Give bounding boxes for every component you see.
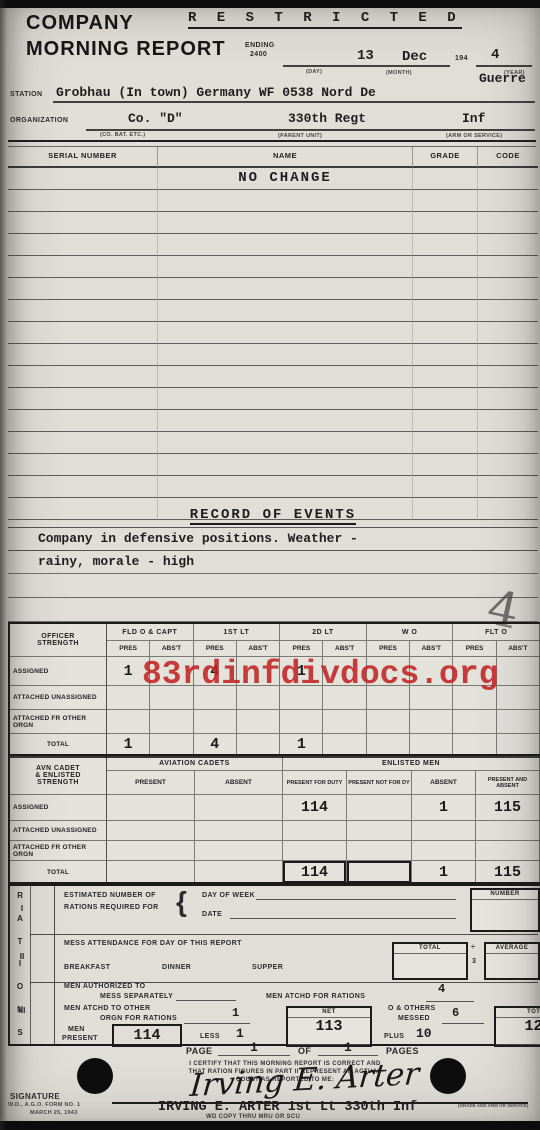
vertical-letter: O — [17, 982, 23, 991]
row-label-attached-fr-other: ATTACHED FR OTHER ORGN — [10, 710, 107, 734]
men-present-line1: MEN — [68, 1026, 85, 1033]
roster-blank-row — [8, 454, 538, 476]
pages-label: PAGES — [386, 1046, 419, 1056]
roster-blank-row — [8, 344, 538, 366]
events-blank-line — [8, 574, 538, 598]
row-label-total: TOTAL — [10, 861, 107, 884]
officer-cell — [453, 734, 496, 756]
part-i-numeral: I — [10, 904, 34, 913]
officer-cell — [367, 710, 410, 734]
station-label: STATION — [10, 91, 42, 98]
col-em-present-for-duty: PRESENT FOR DUTY — [283, 771, 347, 795]
corner-text: & ENLISTED — [35, 772, 81, 779]
enlisted-cell — [107, 861, 195, 884]
average-box-label: AVERAGE — [486, 944, 538, 954]
officer-cell — [453, 710, 496, 734]
organization-label: ORGANIZATION — [10, 117, 68, 124]
officer-cell — [150, 734, 193, 756]
enlisted-cell — [107, 821, 195, 841]
enlisted-cell — [107, 841, 195, 861]
org-sublabel-arm: (ARM OR SERVICE) — [446, 133, 502, 139]
officer-cell — [497, 710, 540, 734]
punch-hole-left — [77, 1058, 113, 1094]
row-label-attached-unassigned: ATTACHED UNASSIGNED — [10, 821, 107, 841]
sub-abst: ABS'T — [150, 641, 193, 657]
roster-blank-row — [8, 322, 538, 344]
roster-blank-row — [8, 410, 538, 432]
officer-cell — [237, 710, 280, 734]
personnel-roster-table: SERIAL NUMBER NAME GRADE CODE NO CHANGE — [8, 146, 538, 520]
enlisted-cell — [283, 821, 347, 841]
enlisted-cell — [476, 821, 540, 841]
roster-header-row: SERIAL NUMBER NAME GRADE CODE — [8, 146, 538, 168]
group-2d-lt: 2D LT — [280, 624, 367, 641]
roster-blank-row — [8, 300, 538, 322]
org-sublabel-parent: (PARENT UNIT) — [278, 133, 322, 139]
sub-abst: ABS'T — [323, 641, 366, 657]
enlisted-cell — [195, 841, 283, 861]
group-1st-lt: 1ST LT — [194, 624, 281, 641]
divide-symbol: ÷ — [471, 944, 475, 951]
roster-entry-row: NO CHANGE — [8, 168, 538, 190]
plus-label: PLUS — [384, 1033, 404, 1040]
atchd-other-underline — [184, 1014, 250, 1024]
sub-abst: ABS'T — [410, 641, 453, 657]
ending-time: 2400 — [250, 51, 267, 58]
page-label: PAGE — [186, 1046, 212, 1056]
sub-pres: PRES — [367, 641, 410, 657]
col-name: NAME — [158, 146, 413, 168]
enlisted-cell: 1 — [412, 795, 476, 821]
page-number: 1 — [250, 1040, 258, 1055]
signature-label: SIGNATURE — [10, 1092, 60, 1101]
row-label-total: TOTAL — [10, 734, 107, 756]
col-ac-absent: ABSENT — [195, 771, 283, 795]
row-label-attached-fr-other: ATTACHED FR OTHER ORGN — [10, 841, 107, 861]
vertical-letter: T — [18, 937, 23, 946]
corner-text: STRENGTH — [37, 779, 79, 786]
form-number-line1: W.D., A.G.O. FORM NO. 1 — [8, 1102, 80, 1108]
plus-value: 10 — [416, 1026, 432, 1041]
enlisted-cell — [283, 841, 347, 861]
officer-cell — [410, 710, 453, 734]
date-blank — [230, 909, 456, 919]
no-change-entry: NO CHANGE — [158, 168, 413, 190]
roster-blank-row — [8, 278, 538, 300]
officer-cell — [323, 710, 366, 734]
date-day-value: 13 — [357, 48, 374, 64]
date-month-value: Dec — [402, 49, 427, 65]
mess-separately-blank — [176, 991, 236, 1001]
day-sublabel: (DAY) — [306, 69, 322, 75]
number-box: NUMBER — [470, 888, 540, 932]
typed-signature-name: IRVING E. ARTER 1st Lt 330th Inf — [158, 1100, 417, 1115]
roster-blank-row — [8, 432, 538, 454]
officer-cell — [280, 710, 323, 734]
net-box: NET 113 — [286, 1006, 372, 1047]
mess-total-box: TOTAL — [392, 942, 468, 980]
men-authorized-line: MEN AUTHORIZED TO — [64, 983, 145, 990]
vertical-letter: A — [17, 914, 23, 923]
col-serial-number: SERIAL NUMBER — [8, 146, 158, 168]
group-flt-o: FLT O — [453, 624, 540, 641]
corner-text: OFFICER — [41, 633, 75, 640]
enlisted-cell: 114 — [283, 795, 347, 821]
group-aviation-cadets: AVIATION CADETS — [107, 756, 283, 771]
o-and-others-label: O & OTHERS — [388, 1005, 436, 1012]
dinner-label: DINNER — [162, 964, 191, 971]
enlisted-cell — [195, 821, 283, 841]
officer-cell — [497, 686, 540, 710]
day-of-week-label: DAY OF WEEK — [202, 892, 255, 899]
divisor-value: 3 — [472, 958, 476, 965]
col-em-present-not-for-dy: PRESENT NOT FOR DY — [347, 771, 412, 795]
men-atchd-other-line1: MEN ATCHD TO OTHER — [64, 1005, 150, 1012]
organization-arm-value: Inf — [462, 111, 485, 126]
sub-pres: PRES — [453, 641, 496, 657]
date-label: DATE — [202, 911, 222, 918]
sub-pres: PRES — [107, 641, 150, 657]
net-box-value: 113 — [288, 1018, 370, 1035]
supper-label: SUPPER — [252, 964, 283, 971]
row-label-assigned: ASSIGNED — [10, 795, 107, 821]
rations-part-i: ESTIMATED NUMBER OF RATIONS REQUIRED FOR… — [54, 884, 538, 934]
men-present-box: 114 — [112, 1024, 182, 1047]
organization-company-value: Co. "D" — [128, 111, 183, 126]
col-grade: GRADE — [413, 146, 478, 168]
sub-pres: PRES — [194, 641, 237, 657]
brace-glyph: { — [176, 886, 187, 918]
roster-blank-row — [8, 476, 538, 498]
officer-table-corner: OFFICER STRENGTH — [10, 624, 107, 657]
pages-number: 1 — [344, 1040, 352, 1055]
men-atchd-other-line2: ORGN FOR RATIONS — [100, 1015, 177, 1022]
organization-parent-value: 330th Regt — [288, 111, 366, 126]
rations-section: R A T I O N S I II III ESTIMATED NUMBER … — [8, 882, 540, 1046]
estimated-rations-line2: RATIONS REQUIRED FOR — [64, 904, 159, 911]
vertical-letter: S — [17, 1028, 22, 1037]
enlisted-cell — [412, 841, 476, 861]
average-box: AVERAGE — [484, 942, 540, 980]
number-box-label: NUMBER — [472, 890, 538, 900]
vertical-letter: R — [17, 891, 23, 900]
roster-blank-row — [8, 190, 538, 212]
enlisted-cell — [347, 795, 412, 821]
part-ii-numeral: II — [10, 952, 34, 961]
year-prefix: 194 — [455, 55, 468, 62]
events-text-line2: rainy, morale - high — [8, 551, 538, 574]
enlisted-cell: 114 — [283, 861, 347, 884]
grand-total-label: TOTAL — [496, 1008, 540, 1018]
breakfast-label: BREAKFAST — [64, 964, 110, 971]
officer-cell: 4 — [194, 734, 237, 756]
officer-cell — [150, 710, 193, 734]
group-fldo-capt: FLD O & CAPT — [107, 624, 194, 641]
net-box-label: NET — [288, 1008, 370, 1018]
row-label-assigned: ASSIGNED — [10, 657, 107, 686]
row-label-attached-unassigned: ATTACHED UNASSIGNED — [10, 686, 107, 710]
station-value: Grobhau (In town) Germany WF 0538 Nord D… — [56, 85, 376, 100]
col-code: CODE — [478, 146, 538, 168]
roster-blank-row — [8, 234, 538, 256]
scan-edge-top — [0, 0, 540, 8]
wd-copy-note: WD COPY THRU MRU OR SCU — [206, 1114, 300, 1120]
ending-label: ENDING — [245, 42, 275, 49]
enlisted-cell — [476, 841, 540, 861]
month-sublabel: (MONTH) — [386, 70, 412, 76]
less-value: 1 — [236, 1026, 244, 1041]
rations-part-iii: MEN AUTHORIZED TO MESS SEPARATELY MEN AT… — [54, 982, 538, 1044]
roster-blank-row — [8, 388, 538, 410]
scan-edge-left — [0, 0, 7, 1130]
org-sublabel-unit: (CO. BAT. ETC.) — [100, 132, 145, 138]
classification-stamp: R E S T R I C T E D — [188, 10, 462, 29]
record-of-events-header: RECORD OF EVENTS — [8, 505, 538, 528]
scan-edge-bottom — [0, 1121, 540, 1130]
enlisted-cell — [412, 821, 476, 841]
group-wo: W O — [367, 624, 454, 641]
sub-pres: PRES — [280, 641, 323, 657]
enlisted-cell: 115 — [476, 861, 540, 884]
form-title-line1: COMPANY — [26, 12, 134, 35]
enlisted-cell — [347, 861, 412, 884]
enlisted-cell — [195, 861, 283, 884]
men-present-value: 114 — [133, 1027, 160, 1044]
grade-sublabel: (GRADE AND ARM OR SERVICE) — [458, 1103, 528, 1108]
total-box-label: TOTAL — [394, 944, 466, 954]
col-em-absent: ABSENT — [412, 771, 476, 795]
col-ac-present: PRESENT — [107, 771, 195, 795]
roster-blank-row — [8, 212, 538, 234]
estimated-rations-line1: ESTIMATED NUMBER OF — [64, 892, 156, 899]
corner-text: STRENGTH — [37, 640, 79, 647]
officer-cell: 1 — [280, 734, 323, 756]
enlisted-cell — [107, 795, 195, 821]
events-text-line1: Company in defensive positions. Weather … — [8, 528, 538, 551]
enlisted-cell — [195, 795, 283, 821]
officer-cell — [194, 710, 237, 734]
officer-cell — [410, 734, 453, 756]
enlisted-cell: 115 — [476, 795, 540, 821]
sub-abst: ABS'T — [237, 641, 280, 657]
enlisted-table-corner: AVN CADET & ENLISTED STRENGTH — [10, 756, 107, 795]
date-year-value: 4 — [491, 47, 499, 63]
enlisted-cell: 1 — [412, 861, 476, 884]
form-number-line2: MARCH 25, 1943 — [30, 1110, 78, 1116]
messed-underline — [442, 1014, 484, 1024]
day-of-week-blank — [256, 890, 456, 900]
grand-total-value: 123 — [496, 1018, 540, 1035]
roster-blank-row — [8, 256, 538, 278]
morning-report-document: R E S T R I C T E D COMPANY MORNING REPO… — [0, 0, 540, 1130]
less-label: LESS — [200, 1033, 220, 1040]
officer-cell — [323, 734, 366, 756]
part-iii-numeral: III — [10, 1006, 34, 1015]
enlisted-cell — [347, 821, 412, 841]
roster-blank-row — [8, 366, 538, 388]
men-atchd-for-rations-label: MEN ATCHD FOR RATIONS — [266, 993, 365, 1000]
officer-cell — [497, 657, 540, 686]
officer-cell — [497, 734, 540, 756]
watermark: 83rdinfdivdocs.org — [142, 656, 498, 693]
year-underline — [476, 46, 532, 67]
enlisted-cell — [347, 841, 412, 861]
enlisted-strength-table: AVN CADET & ENLISTED STRENGTH AVIATION C… — [8, 754, 540, 886]
record-of-events-section: RECORD OF EVENTS Company in defensive po… — [8, 505, 538, 622]
officer-cell — [237, 734, 280, 756]
rations-part-ii: MESS ATTENDANCE FOR DAY OF THIS REPORT B… — [54, 934, 538, 982]
officer-cell — [107, 710, 150, 734]
events-blank-line — [8, 598, 538, 622]
officer-cell: 1 — [107, 734, 150, 756]
mess-separately-label: MESS SEPARATELY — [100, 993, 173, 1000]
corner-text: AVN CADET — [36, 765, 80, 772]
sub-abst: ABS'T — [497, 641, 540, 657]
officer-cell — [367, 734, 410, 756]
atchd-for-underline — [426, 992, 474, 1002]
group-enlisted-men: ENLISTED MEN — [283, 756, 540, 771]
mess-attendance-line: MESS ATTENDANCE FOR DAY OF THIS REPORT — [64, 940, 242, 947]
record-of-events-title: RECORD OF EVENTS — [190, 507, 356, 525]
form-title-line2: MORNING REPORT — [26, 38, 226, 61]
messed-label: MESSED — [398, 1015, 430, 1022]
grand-total-box: TOTAL 123 — [494, 1006, 540, 1047]
men-present-line2: PRESENT — [62, 1035, 98, 1042]
col-em-present-and-absent: PRESENT AND ABSENT — [476, 771, 540, 795]
of-label: OF — [298, 1046, 311, 1056]
